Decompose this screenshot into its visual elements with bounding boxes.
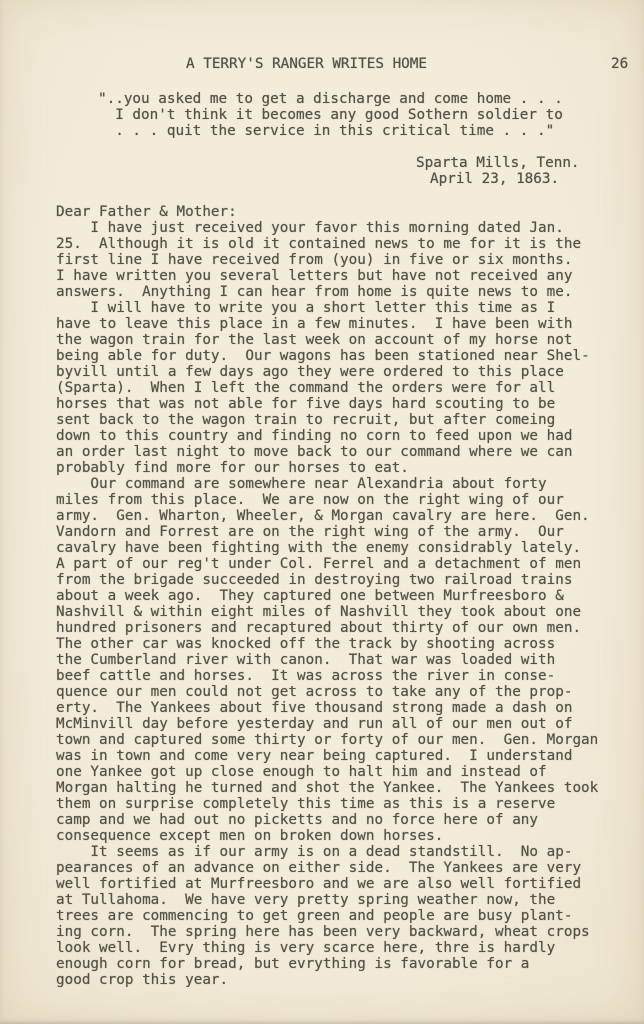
letter-line: Our command are somewhere near Alexandri… (56, 476, 598, 492)
epigraph-line: . . . quit the service in this critical … (98, 123, 563, 139)
letter-line: about a week ago. They captured one betw… (56, 588, 598, 604)
letter-line: consequence except men on broken down ho… (56, 828, 598, 844)
dateline: Sparta Mills, Tenn. April 23, 1863. (416, 155, 580, 187)
page-number: 26 (611, 56, 628, 72)
letter-line: Vandorn and Forrest are on the right win… (56, 524, 598, 540)
letter-line: pearances of an advance on either side. … (56, 860, 598, 876)
letter-line: beef cattle and horses. It was across th… (56, 668, 598, 684)
letter-line: at Tullahoma. We have very pretty spring… (56, 892, 598, 908)
dateline-place: Sparta Mills, Tenn. (416, 155, 580, 171)
letter-line: I will have to write you a short letter … (56, 300, 598, 316)
letter-line: was in town and come very near being cap… (56, 748, 598, 764)
letter-line: army. Gen. Wharton, Wheeler, & Morgan ca… (56, 508, 598, 524)
letter-line: It seems as if our army is on a dead sta… (56, 844, 598, 860)
scanned-letter-page: A TERRY'S RANGER WRITES HOME 26 "..you a… (0, 0, 644, 1024)
letter-line: the Cumberland river with canon. That wa… (56, 652, 598, 668)
letter-line: being able for duty. Our wagons has been… (56, 348, 598, 364)
letter-line: A part of our reg't under Col. Ferrel an… (56, 556, 598, 572)
letter-line: well fortified at Murfreesboro and we ar… (56, 876, 598, 892)
letter-line: have to leave this place in a few minute… (56, 316, 598, 332)
letter-line: down to this country and finding no corn… (56, 428, 598, 444)
epigraph-quote: "..you asked me to get a discharge and c… (98, 91, 563, 139)
letter-line: cavalry have been fighting with the enem… (56, 540, 598, 556)
letter-line: sent back to the wagon train to recruit,… (56, 412, 598, 428)
epigraph-line: "..you asked me to get a discharge and c… (98, 91, 563, 107)
letter-line: I have just received your favor this mor… (56, 220, 598, 236)
letter-line: 25. Although it is old it contained news… (56, 236, 598, 252)
letter-line: I have written you several letters but h… (56, 268, 598, 284)
letter-line: good crop this year. (56, 972, 598, 988)
letter-line: byvill until a few days ago they were or… (56, 364, 598, 380)
letter-line: trees are commencing to get green and pe… (56, 908, 598, 924)
letter-line: from the brigade succeeded in destroying… (56, 572, 598, 588)
letter-line: Morgan halting he turned and shot the Ya… (56, 780, 598, 796)
letter-line: enough corn for bread, but evrything is … (56, 956, 598, 972)
epigraph-line: I don't think it becomes any good Sother… (98, 107, 563, 123)
letter-line: horses that was not able for five days h… (56, 396, 598, 412)
letter-line: first line I have received from (you) in… (56, 252, 598, 268)
letter-line: town and captured some thirty or forty o… (56, 732, 598, 748)
letter-line: miles from this place. We are now on the… (56, 492, 598, 508)
letter-line: them on surprise completely this time as… (56, 796, 598, 812)
letter-line: hundred prisoners and recaptured about t… (56, 620, 598, 636)
scan-edge-shadow (0, 1020, 644, 1024)
letter-line: the wagon train for the last week on acc… (56, 332, 598, 348)
letter-line: Nashvill & within eight miles of Nashvil… (56, 604, 598, 620)
letter-line: probably find more for our horses to eat… (56, 460, 598, 476)
letter-line: camp and we had out no picketts and no f… (56, 812, 598, 828)
letter-line: The other car was knocked off the track … (56, 636, 598, 652)
letter-line: one Yankee got up close enough to halt h… (56, 764, 598, 780)
letter-line: quence our men could not get across to t… (56, 684, 598, 700)
letter-line: ing corn. The spring here has been very … (56, 924, 598, 940)
page-title: A TERRY'S RANGER WRITES HOME (186, 56, 427, 72)
letter-line: look well. Evry thing is very scarce her… (56, 940, 598, 956)
letter-line: erty. The Yankees about five thousand st… (56, 700, 598, 716)
letter-line: McMinvill day before yesterday and run a… (56, 716, 598, 732)
letter-line: (Sparta). When I left the command the or… (56, 380, 598, 396)
letter-line: an order last night to move back to our … (56, 444, 598, 460)
letter-line: answers. Anything I can hear from home i… (56, 284, 598, 300)
letter-line: Dear Father & Mother: (56, 204, 598, 220)
letter-body: Dear Father & Mother: I have just receiv… (56, 204, 598, 988)
dateline-date: April 23, 1863. (416, 171, 580, 187)
page-header: A TERRY'S RANGER WRITES HOME 26 (0, 56, 644, 72)
